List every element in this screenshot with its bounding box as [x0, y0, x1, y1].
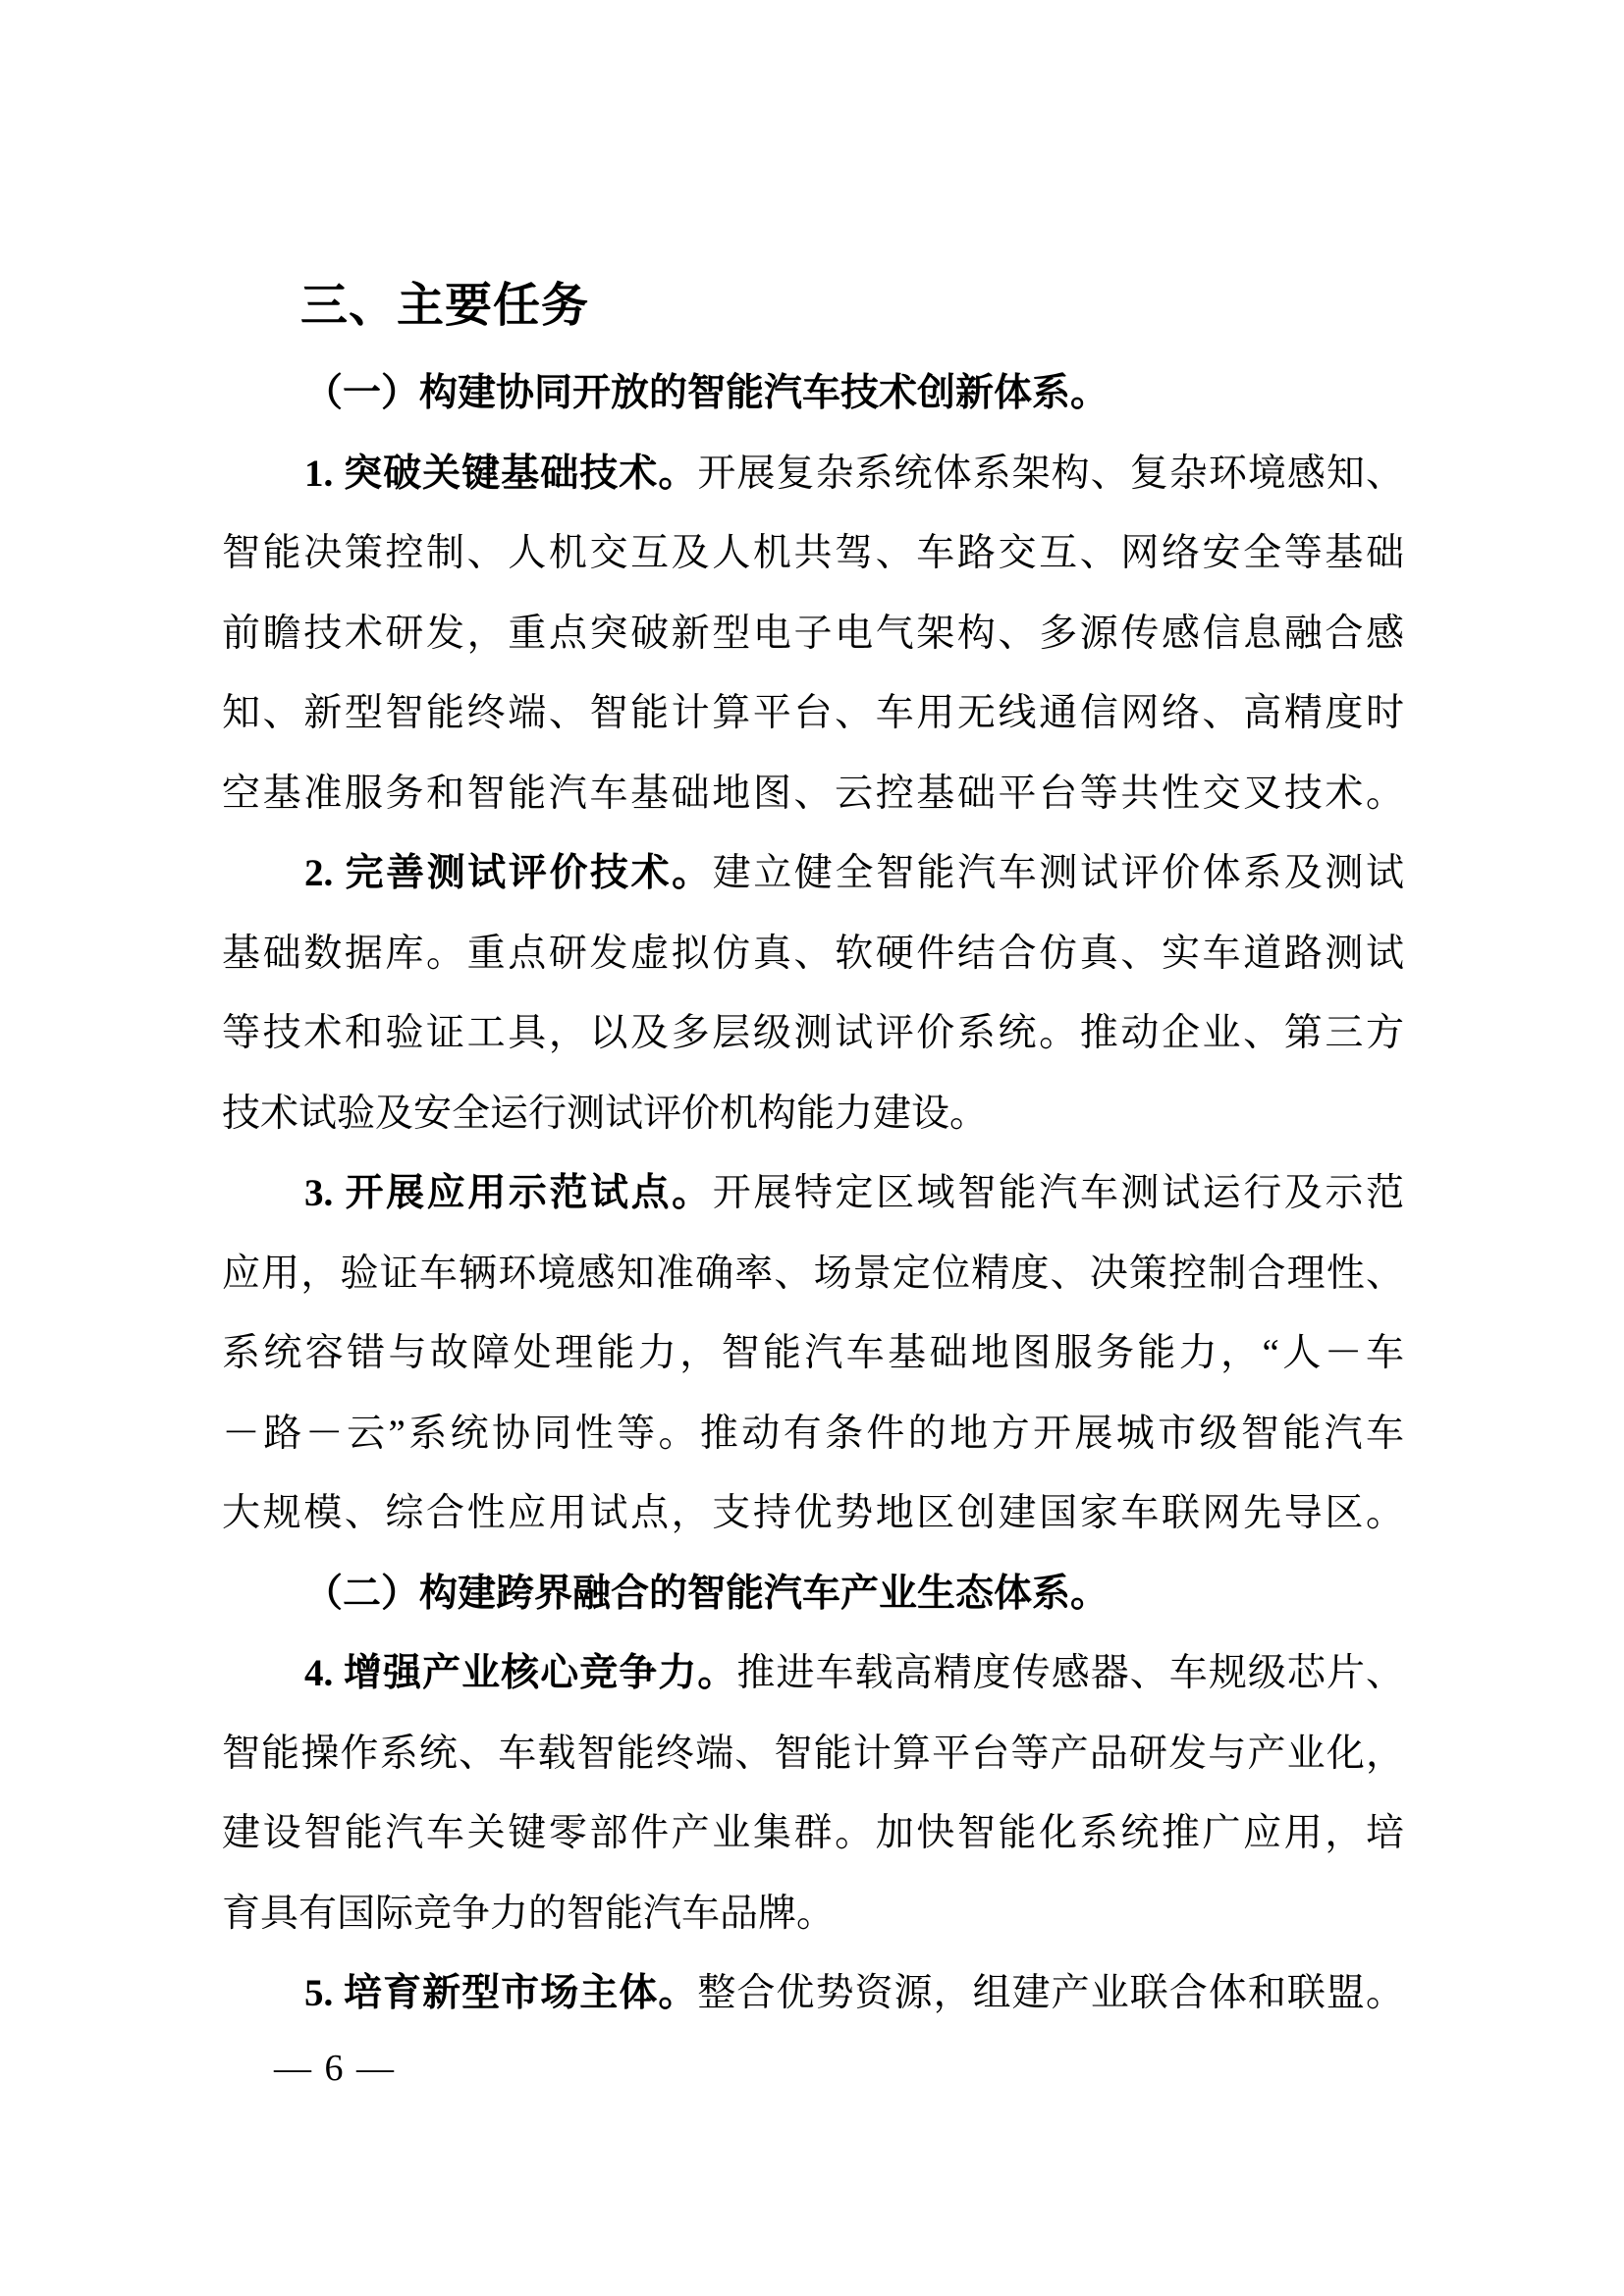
text-line: （二）构建跨界融合的智能汽车产业生态体系。 [222, 1572, 1404, 1617]
text-segment: 推进车载高精度传感器、车规级芯片、 [736, 1652, 1404, 1694]
text-line: 5. 培育新型市场主体。整合优势资源，组建产业联合体和联盟。 [222, 1971, 1404, 2016]
page-number: — 6 — [274, 2050, 396, 2087]
text-line: （一）构建协同开放的智能汽车技术创新体系。 [222, 371, 1404, 416]
text-segment: 大规模、综合性应用试点，支持优势地区创建国家车联网先导区。 [222, 1492, 1404, 1534]
text-segment: 系统容错与故障处理能力，智能汽车基础地图服务能力，“人－车 [222, 1332, 1404, 1374]
emphasis-text-segment: 1. 突破关键基础技术。 [304, 453, 697, 495]
text-segment: 开展特定区域智能汽车测试运行及示范 [713, 1172, 1404, 1214]
emphasis-text-segment: 2. 完善测试评价技术。 [304, 852, 713, 894]
emphasis-text-segment: 5. 培育新型市场主体。 [304, 1972, 697, 2014]
text-segment: 知、新型智能终端、智能计算平台、车用无线通信网络、高精度时 [222, 692, 1404, 734]
text-line: 技术试验及安全运行测试评价机构能力建设。 [222, 1092, 1404, 1137]
emphasis-text-segment: 3. 开展应用示范试点。 [304, 1172, 713, 1214]
text-segment: 前瞻技术研发，重点突破新型电子电气架构、多源传感信息融合感 [222, 613, 1404, 655]
text-line: －路－云”系统协同性等。推动有条件的地方开展城市级智能汽车 [222, 1412, 1404, 1457]
text-line: 2. 完善测试评价技术。建立健全智能汽车测试评价体系及测试 [222, 851, 1404, 896]
text-line: 前瞻技术研发，重点突破新型电子电气架构、多源传感信息融合感 [222, 612, 1404, 657]
text-line: 智能决策控制、人机交互及人机共驾、车路交互、网络安全等基础 [222, 531, 1404, 576]
text-line: 大规模、综合性应用试点，支持优势地区创建国家车联网先导区。 [222, 1491, 1404, 1536]
text-segment: 应用，验证车辆环境感知准确率、场景定位精度、决策控制合理性、 [222, 1253, 1404, 1295]
text-line: 建设智能汽车关键零部件产业集群。加快智能化系统推广应用，培 [222, 1811, 1404, 1856]
text-segment: 建立健全智能汽车测试评价体系及测试 [713, 852, 1404, 894]
text-segment: 整合优势资源，组建产业联合体和联盟。 [697, 1972, 1404, 2014]
text-line: 4. 增强产业核心竞争力。推进车载高精度传感器、车规级芯片、 [222, 1651, 1404, 1696]
emphasis-text-segment: 4. 增强产业核心竞争力。 [304, 1652, 736, 1694]
text-line: 基础数据库。重点研发虚拟仿真、软硬件结合仿真、实车道路测试 [222, 932, 1404, 977]
text-segment: 技术试验及安全运行测试评价机构能力建设。 [222, 1093, 988, 1135]
text-segment: 建设智能汽车关键零部件产业集群。加快智能化系统推广应用，培 [222, 1812, 1404, 1854]
text-segment: 智能操作系统、车载智能终端、智能计算平台等产品研发与产业化， [222, 1733, 1404, 1775]
text-segment: 智能决策控制、人机交互及人机共驾、车路交互、网络安全等基础 [222, 532, 1404, 574]
document-body: （一）构建协同开放的智能汽车技术创新体系。1. 突破关键基础技术。开展复杂系统体… [222, 371, 1404, 2099]
text-line: 应用，验证车辆环境感知准确率、场景定位精度、决策控制合理性、 [222, 1252, 1404, 1297]
text-line: 空基准服务和智能汽车基础地图、云控基础平台等共性交叉技术。 [222, 772, 1404, 817]
text-segment: 等技术和验证工具，以及多层级测试评价系统。推动企业、第三方 [222, 1012, 1404, 1054]
text-line: 知、新型智能终端、智能计算平台、车用无线通信网络、高精度时 [222, 691, 1404, 736]
text-segment: 空基准服务和智能汽车基础地图、云控基础平台等共性交叉技术。 [222, 773, 1404, 815]
text-segment: 育具有国际竞争力的智能汽车品牌。 [222, 1893, 835, 1935]
text-segment: －路－云”系统协同性等。推动有条件的地方开展城市级智能汽车 [222, 1413, 1404, 1455]
emphasis-text-segment: （二）构建跨界融合的智能汽车产业生态体系。 [304, 1573, 1109, 1615]
text-line: 3. 开展应用示范试点。开展特定区域智能汽车测试运行及示范 [222, 1171, 1404, 1216]
text-segment: 基础数据库。重点研发虚拟仿真、软硬件结合仿真、实车道路测试 [222, 933, 1404, 975]
text-line: 育具有国际竞争力的智能汽车品牌。 [222, 1892, 1404, 1937]
text-segment: 开展复杂系统体系架构、复杂环境感知、 [697, 453, 1404, 495]
emphasis-text-segment: （一）构建协同开放的智能汽车技术创新体系。 [304, 372, 1109, 414]
text-line: 系统容错与故障处理能力，智能汽车基础地图服务能力，“人－车 [222, 1331, 1404, 1376]
section-heading: 三、主要任务 [300, 282, 589, 331]
text-line: 智能操作系统、车载智能终端、智能计算平台等产品研发与产业化， [222, 1732, 1404, 1777]
text-line: 1. 突破关键基础技术。开展复杂系统体系架构、复杂环境感知、 [222, 452, 1404, 497]
text-line: 等技术和验证工具，以及多层级测试评价系统。推动企业、第三方 [222, 1011, 1404, 1056]
document-page: 三、主要任务 （一）构建协同开放的智能汽车技术创新体系。1. 突破关键基础技术。… [0, 0, 1624, 2296]
